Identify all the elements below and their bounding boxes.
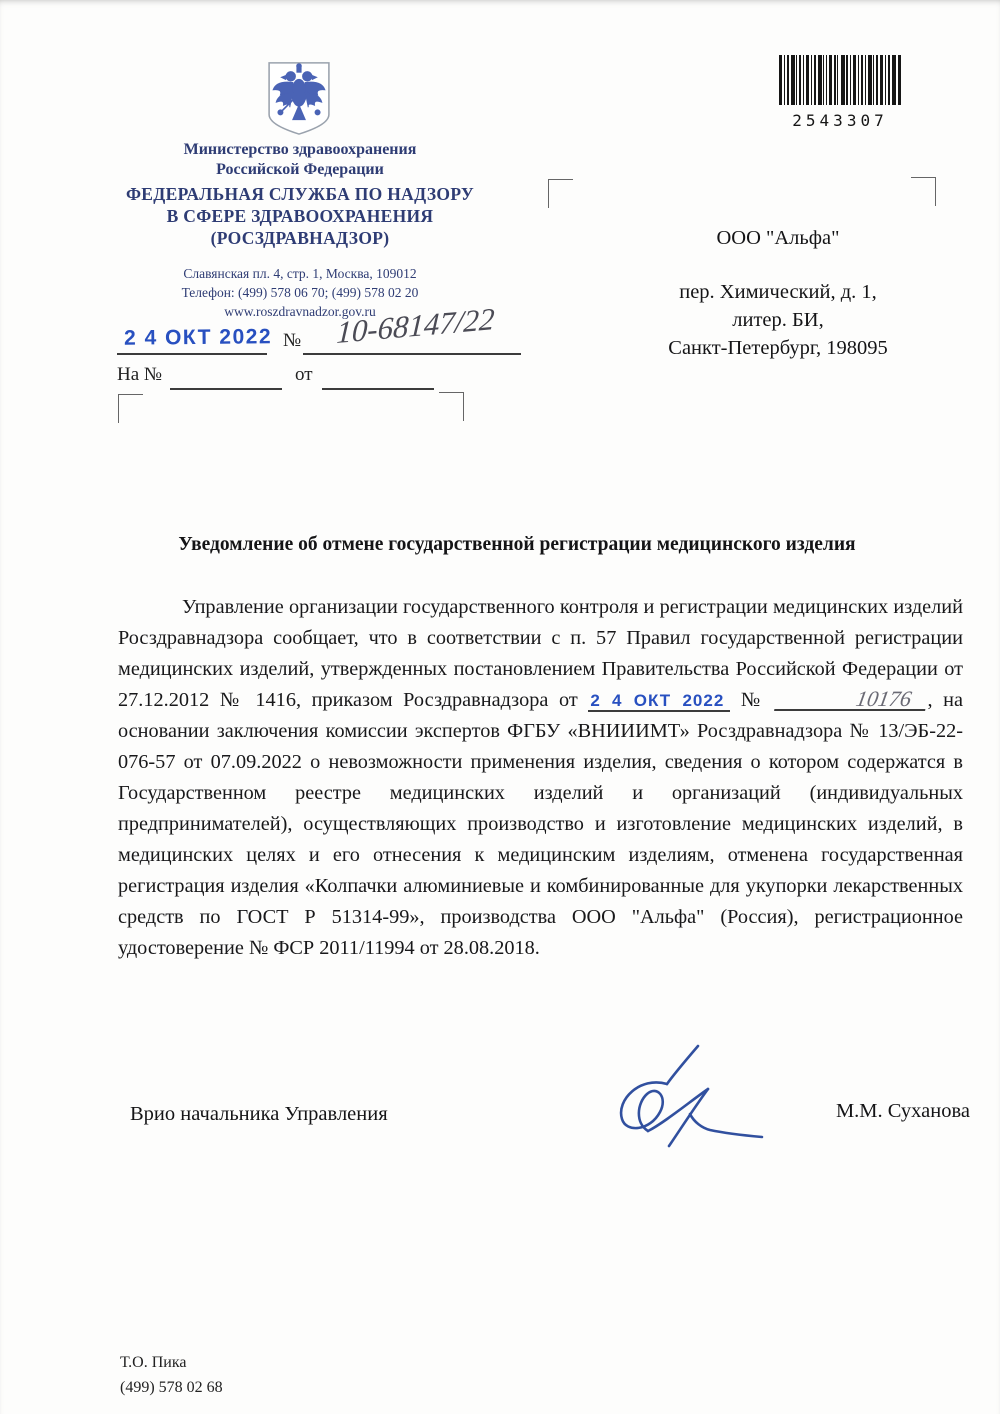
number-sign: № bbox=[283, 330, 301, 352]
service-line: В СФЕРЕ ЗДРАВООХРАНЕНИЯ bbox=[38, 205, 562, 227]
body-part2: , на основании заключения комиссии экспе… bbox=[118, 689, 963, 959]
barcode-bars bbox=[775, 55, 905, 105]
corner-mark bbox=[439, 392, 464, 421]
corner-mark bbox=[118, 394, 143, 423]
incoming-number-underline bbox=[170, 388, 282, 390]
service-name: ФЕДЕРАЛЬНАЯ СЛУЖБА ПО НАДЗОРУ В СФЕРЕ ЗД… bbox=[38, 183, 562, 249]
body-paragraph: Управление организации государственного … bbox=[118, 592, 963, 964]
recipient-block: ООО "Альфа" пер. Химический, д. 1, литер… bbox=[580, 224, 976, 362]
corner-mark bbox=[548, 179, 573, 208]
date-stamp: 2 4 ОКТ 2022 bbox=[124, 325, 272, 351]
service-line: ФЕДЕРАЛЬНАЯ СЛУЖБА ПО НАДЗОРУ bbox=[38, 183, 562, 205]
sender-address: Славянская пл. 4, стр. 1, Москва, 109012 bbox=[58, 264, 542, 283]
executor-block: Т.О. Пика (499) 578 02 68 bbox=[120, 1350, 223, 1400]
incoming-date-underline bbox=[322, 388, 434, 390]
scanned-letter-page: Министерство здравоохранения Российской … bbox=[0, 0, 1000, 1414]
incoming-number-label: На № bbox=[117, 364, 162, 386]
recipient-address-line: пер. Химический, д. 1, bbox=[580, 278, 976, 306]
executor-name: Т.О. Пика bbox=[120, 1350, 223, 1375]
recipient-name: ООО "Альфа" bbox=[580, 224, 976, 252]
signer-position: Врио начальника Управления bbox=[130, 1103, 388, 1126]
recipient-address-line: Санкт-Петербург, 198095 bbox=[580, 334, 976, 362]
executor-phone: (499) 578 02 68 bbox=[120, 1375, 223, 1400]
barcode: 2543307 bbox=[772, 55, 908, 130]
ministry-line: Российской Федерации bbox=[58, 160, 542, 180]
document-title: Уведомление об отмене государственной ре… bbox=[110, 534, 924, 556]
service-line: (РОСЗДРАВНАДЗОР) bbox=[38, 227, 562, 249]
number-underline bbox=[303, 353, 521, 355]
ministry-name: Министерство здравоохранения Российской … bbox=[58, 140, 542, 180]
incoming-date-label: от bbox=[295, 364, 313, 386]
signer-name: М.М. Суханова bbox=[790, 1100, 970, 1123]
inline-number-sign: № bbox=[741, 689, 766, 711]
date-underline bbox=[117, 353, 267, 355]
state-emblem-icon bbox=[266, 60, 332, 138]
ministry-line: Министерство здравоохранения bbox=[58, 140, 542, 160]
signature-ink bbox=[598, 1038, 783, 1168]
inline-handwritten-number: 10176 bbox=[774, 689, 929, 711]
inline-date-stamp: 2 4 ОКТ 2022 bbox=[588, 691, 730, 712]
sender-phone: Телефон: (499) 578 06 70; (499) 578 02 2… bbox=[58, 283, 542, 302]
recipient-address-line: литер. БИ, bbox=[580, 306, 976, 334]
corner-mark bbox=[911, 177, 936, 206]
barcode-number: 2543307 bbox=[772, 111, 908, 130]
